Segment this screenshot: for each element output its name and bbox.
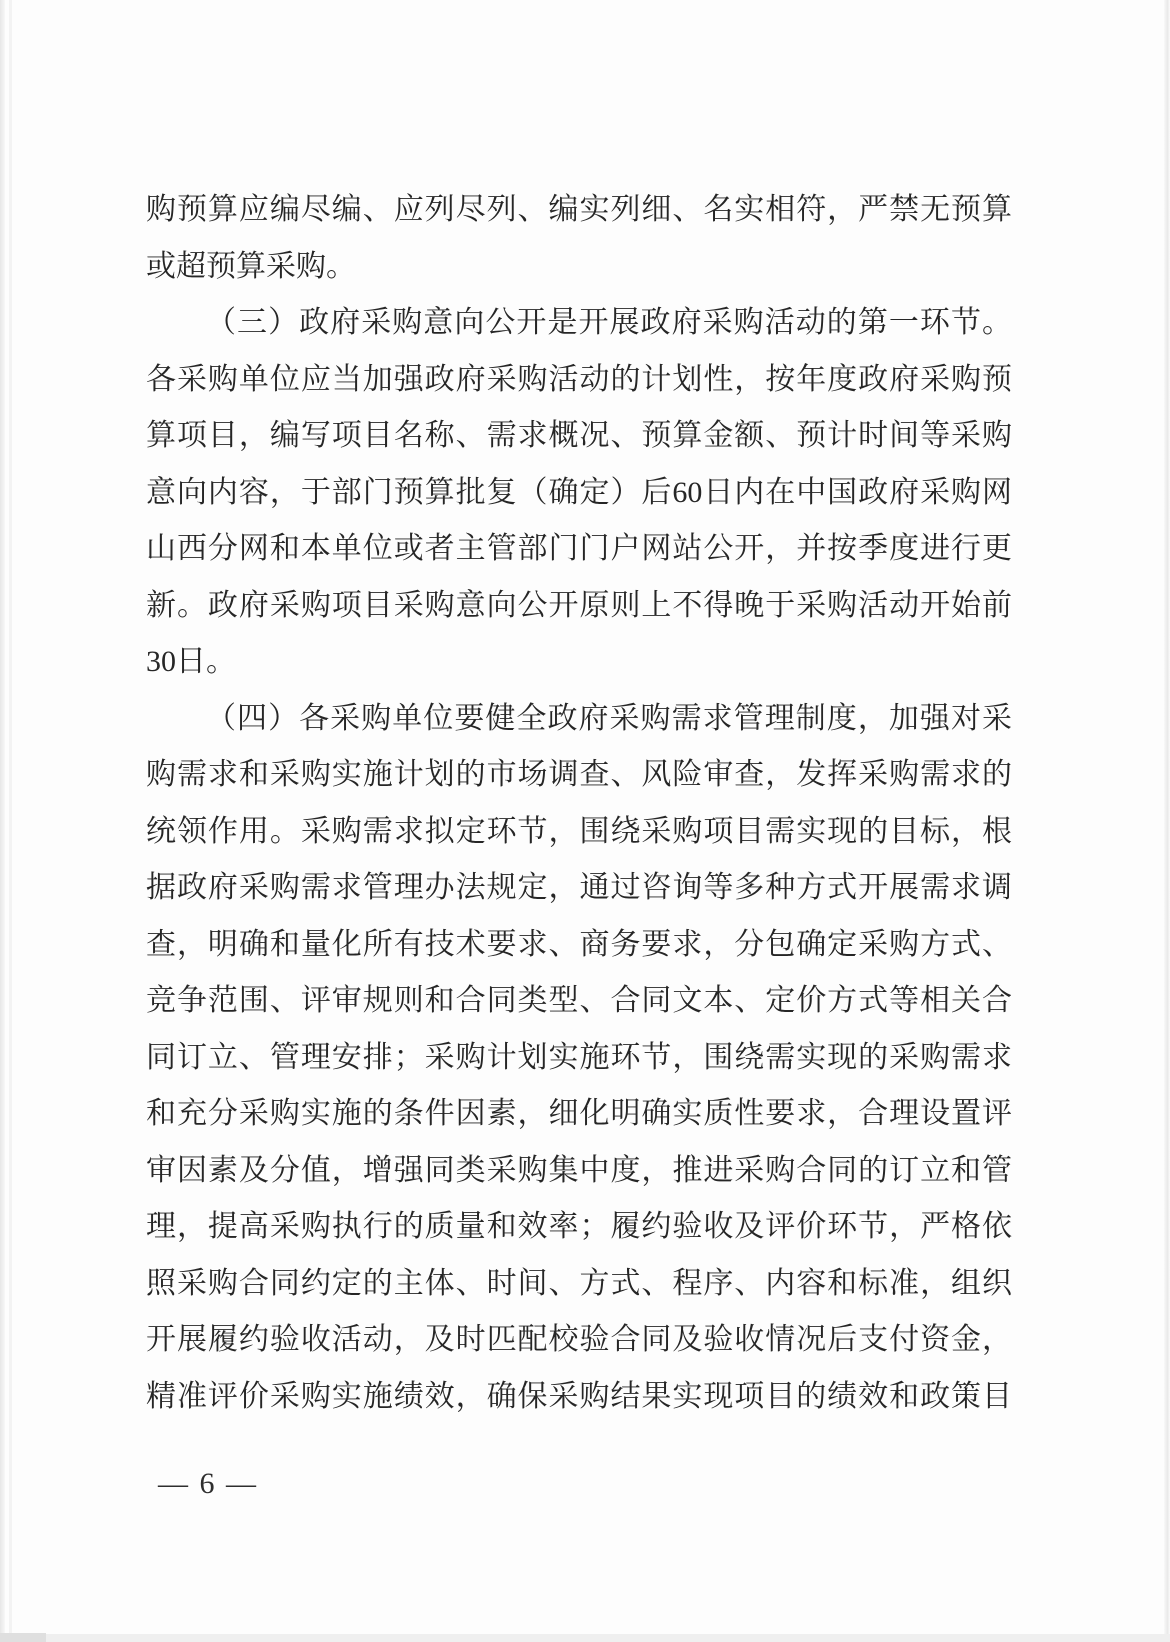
- text-line: 理，提高采购执行的质量和效率；履约验收及评价环节，严格依: [146, 1199, 1012, 1256]
- text-line: 30日。: [146, 634, 1012, 691]
- page-edge-right: [1164, 0, 1170, 1642]
- page-edge-corner-bottom-left: [0, 1633, 46, 1642]
- text-line: 竞争范围、评审规则和合同类型、合同文本、定价方式等相关合: [146, 973, 1012, 1030]
- text-line: 查，明确和量化所有技术要求、商务要求，分包确定采购方式、: [146, 917, 1012, 974]
- text-line: 各采购单位应当加强政府采购活动的计划性，按年度政府采购预: [146, 352, 1012, 409]
- page-number: — 6 —: [158, 1462, 258, 1506]
- text-line: 算项目，编写项目名称、需求概况、预算金额、预计时间等采购: [146, 408, 1012, 465]
- text-line: 购需求和采购实施计划的市场调查、风险审查，发挥采购需求的: [146, 747, 1012, 804]
- text-line: 新。政府采购项目采购意向公开原则上不得晚于采购活动开始前: [146, 578, 1012, 635]
- page-edge-bottom: [0, 1634, 1170, 1642]
- text-line: 同订立、管理安排；采购计划实施环节，围绕需实现的采购需求: [146, 1030, 1012, 1087]
- document-body: 购预算应编尽编、应列尽列、编实列细、名实相符，严禁无预算或超预算采购。（三）政府…: [146, 182, 1012, 1425]
- page-edge-left-inner: [9, 0, 12, 1642]
- document-page: 购预算应编尽编、应列尽列、编实列细、名实相符，严禁无预算或超预算采购。（三）政府…: [0, 0, 1170, 1642]
- text-line: 意向内容，于部门预算批复（确定）后60日内在中国政府采购网: [146, 465, 1012, 522]
- text-line: 开展履约验收活动，及时匹配校验合同及验收情况后支付资金，: [146, 1312, 1012, 1369]
- text-line: 精准评价采购实施绩效，确保采购结果实现项目的绩效和政策目: [146, 1369, 1012, 1426]
- page-edge-left: [0, 0, 5, 1642]
- text-line: （四）各采购单位要健全政府采购需求管理制度，加强对采: [146, 691, 1012, 748]
- text-line: 或超预算采购。: [146, 239, 1012, 296]
- text-line: 据政府采购需求管理办法规定，通过咨询等多种方式开展需求调: [146, 860, 1012, 917]
- text-line: 统领作用。采购需求拟定环节，围绕采购项目需实现的目标，根: [146, 804, 1012, 861]
- text-line: 购预算应编尽编、应列尽列、编实列细、名实相符，严禁无预算: [146, 182, 1012, 239]
- text-line: （三）政府采购意向公开是开展政府采购活动的第一环节。: [146, 295, 1012, 352]
- text-line: 山西分网和本单位或者主管部门门户网站公开，并按季度进行更: [146, 521, 1012, 578]
- text-line: 和充分采购实施的条件因素，细化明确实质性要求，合理设置评: [146, 1086, 1012, 1143]
- text-line: 审因素及分值，增强同类采购集中度，推进采购合同的订立和管: [146, 1143, 1012, 1200]
- text-line: 照采购合同约定的主体、时间、方式、程序、内容和标准，组织: [146, 1256, 1012, 1313]
